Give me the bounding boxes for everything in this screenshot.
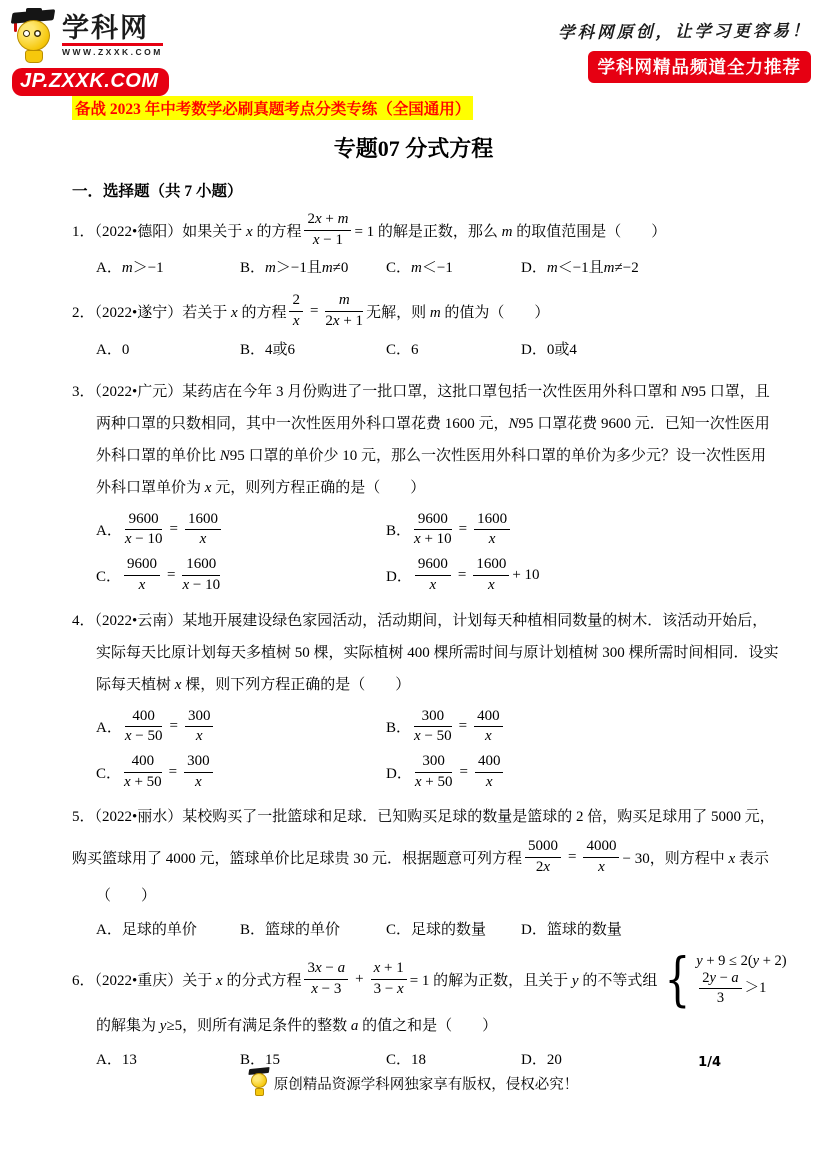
fraction-numerator: m	[325, 292, 363, 312]
question-4-line-1: 4．（2022•云南）某地开展建设绿色家园活动，活动期间，计划每天种植相同数量的…	[72, 605, 815, 637]
fraction: 3x − ax − 3	[304, 960, 348, 998]
section-heading: 一．选择题（共 7 小题）	[72, 179, 827, 201]
option-b: B．4或6	[240, 334, 386, 366]
equals-sign: =	[459, 521, 467, 538]
equals-sign: =	[169, 718, 177, 735]
system-brace: {	[665, 955, 691, 1004]
fraction-denominator: x − 10	[125, 530, 163, 549]
fraction-denominator: 3 − x	[371, 980, 407, 999]
fraction-numerator: 400	[125, 708, 163, 728]
option-c-text: 足球的数量	[411, 922, 486, 938]
fraction-numerator: 4000	[583, 838, 619, 858]
fraction-numerator: 300	[415, 753, 453, 773]
option-d: D． 300x + 50 = 400x	[386, 753, 676, 791]
fraction-denominator: 3	[699, 989, 741, 1007]
fraction-denominator: x	[185, 727, 214, 746]
option-b-text: 4或6	[265, 342, 295, 358]
fraction-numerator: 300	[414, 708, 452, 728]
plus-sign: +	[355, 971, 363, 988]
fraction: 9600x − 10	[125, 511, 163, 549]
question-4: 4．（2022•云南）某地开展建设绿色家园活动，活动期间，计划每天种植相同数量的…	[72, 605, 815, 792]
option-d-label: D．	[521, 922, 547, 938]
fraction-numerator: 1600	[473, 556, 509, 576]
option-c-label: C．	[96, 565, 121, 586]
fraction-numerator: 400	[475, 753, 504, 773]
fraction-numerator: 400	[474, 708, 503, 728]
option-a-label: A．	[96, 342, 122, 358]
question-2-text-post: 无解，则 m 的值为（ ）	[366, 301, 549, 322]
slogan-text: 学科网原创，让学习更容易！	[557, 17, 811, 43]
logo-top: 学科网 WWW.ZXXK.COM	[12, 8, 169, 64]
equals-sign: =	[459, 718, 467, 735]
equals-sign: =	[169, 764, 177, 781]
fraction-denominator: x − 1	[304, 231, 351, 250]
fraction-numerator: 2	[289, 292, 303, 312]
question-1-text-post: = 1 的解是正数，那么 m 的取值范围是（ ）	[354, 220, 666, 241]
fraction: 300x + 50	[415, 753, 453, 791]
option-c: C．m＜−1	[386, 252, 521, 284]
question-4-options-row-2: C． 400x + 50 = 300x D． 300x + 50 = 400x	[96, 753, 815, 791]
option-d-label: D．	[386, 565, 412, 586]
fraction: 300x	[184, 753, 213, 791]
fraction-numerator: 2y − a	[699, 970, 741, 989]
option-d-text: 篮球的数量	[547, 922, 622, 938]
fraction-denominator: x − 3	[304, 980, 348, 999]
question-5-text-post: − 30，则方程中 x 表示	[622, 847, 768, 868]
option-d-tail: + 10	[512, 567, 539, 584]
mascot-body	[255, 1088, 264, 1096]
promo-banner: 学科网精品频道全力推荐	[588, 51, 812, 83]
fraction-denominator: x	[475, 773, 504, 792]
option-c-text: m＜−1	[411, 260, 453, 276]
option-c: C． 9600x = 1600x − 10	[96, 556, 386, 594]
question-3-line-3: 外科口罩的单价比 N95 口罩的单价少 10 元，那么一次性医用外科口罩的单价为…	[96, 440, 815, 472]
question-6-line-2: 的解集为 y≥5，则所有满足条件的整数 a 的值之和是（ ）	[96, 1010, 815, 1042]
option-d-label: D．	[521, 260, 547, 276]
question-2-statement: 2．（2022•遂宁）若关于 x 的方程 2x = m2x + 1 无解，则 m…	[72, 292, 815, 330]
equals-sign: =	[568, 849, 576, 866]
fraction-numerator: 1600	[474, 511, 510, 531]
inequality-2: 2y − a3 ＞1	[696, 970, 766, 1007]
question-1-options: A．m＞−1 B．m＞−1且m≠0 C．m＜−1 D．m＜−1且m≠−2	[96, 252, 815, 284]
question-6-text-mid: = 1 的解为正数，且关于 y 的不等式组	[410, 969, 658, 990]
option-b: B．篮球的单价	[240, 914, 386, 946]
fraction: 400x − 50	[125, 708, 163, 746]
option-d-text: m＜−1且m≠−2	[547, 260, 639, 276]
document-page: 学科网 WWW.ZXXK.COM JP.ZXXK.COM 学科网原创，让学习更容…	[0, 0, 827, 1169]
mascot-body	[25, 50, 43, 63]
fraction: x + 13 − x	[371, 960, 407, 998]
page-header: 学科网 WWW.ZXXK.COM JP.ZXXK.COM 学科网原创，让学习更容…	[0, 0, 827, 90]
option-c-label: C．	[386, 922, 411, 938]
option-c: C．足球的数量	[386, 914, 521, 946]
inequality-1: y + 9 ≤ 2(y + 2)	[696, 952, 786, 970]
question-5-text: 购买篮球用了 4000 元，篮球单价比足球贵 30 元．根据题意可列方程	[72, 847, 522, 868]
fraction-denominator: x	[184, 773, 213, 792]
option-b: B．m＞−1且m≠0	[240, 252, 386, 284]
fraction: 300x − 50	[414, 708, 452, 746]
logo-brand: 学科网	[62, 14, 163, 42]
fraction-numerator: 9600	[414, 511, 452, 531]
option-a-text: 0	[122, 342, 130, 358]
fraction-denominator: x − 50	[414, 727, 452, 746]
fraction: m2x + 1	[325, 292, 363, 330]
option-a: A．0	[96, 334, 240, 366]
question-1-text: 1．（2022•德阳）如果关于 x 的方程	[72, 220, 301, 241]
option-a: A．m＞−1	[96, 252, 240, 284]
mascot-face	[251, 1073, 267, 1088]
fraction: 9600x + 10	[414, 511, 452, 549]
fraction-denominator: x	[415, 576, 451, 595]
fraction-numerator: 3x − a	[304, 960, 348, 980]
option-b: B． 300x − 50 = 400x	[386, 708, 676, 746]
option-d: D．篮球的数量	[521, 914, 622, 946]
fraction-denominator: 2x	[525, 858, 561, 877]
footer-mascot-icon	[249, 1066, 271, 1100]
question-1-statement: 1．（2022•德阳）如果关于 x 的方程 2x + mx − 1 = 1 的解…	[72, 211, 815, 249]
option-a-label: A．	[96, 519, 122, 540]
logo-text: 学科网 WWW.ZXXK.COM	[62, 8, 163, 57]
question-5: 5．（2022•丽水）某校购买了一批篮球和足球．已知购买足球的数量是篮球的 2 …	[72, 801, 815, 945]
option-a-label: A．	[96, 260, 122, 276]
fraction-numerator: 9600	[125, 511, 163, 531]
logo: 学科网 WWW.ZXXK.COM JP.ZXXK.COM	[12, 8, 169, 96]
option-d-text: 0或4	[547, 342, 577, 358]
fraction-denominator: x + 10	[414, 530, 452, 549]
fraction-numerator: 300	[185, 708, 214, 728]
option-a: A．足球的单价	[96, 914, 240, 946]
fraction: 400x	[475, 753, 504, 791]
option-a: A． 9600x − 10 = 1600x	[96, 511, 386, 549]
fraction-denominator: 2x + 1	[325, 312, 363, 331]
fraction-denominator: x	[473, 576, 509, 595]
question-6-text: 6．（2022•重庆）关于 x 的分式方程	[72, 969, 301, 990]
fraction-numerator: 5000	[525, 838, 561, 858]
fraction: 2x	[289, 292, 303, 330]
logo-site-url: WWW.ZXXK.COM	[62, 43, 163, 57]
question-3-line-2: 两种口罩的只数相同，其中一次性医用外科口罩花费 1600 元，N95 口罩花费 …	[96, 408, 815, 440]
fraction: 1600x	[473, 556, 509, 594]
inequality-2-compare: ＞1	[745, 979, 767, 997]
question-5-line-3: （ ）	[96, 880, 815, 912]
question-6-statement: 6．（2022•重庆）关于 x 的分式方程 3x − ax − 3 + x + …	[72, 952, 815, 1007]
option-c-label: C．	[386, 342, 411, 358]
fraction: 50002x	[525, 838, 561, 876]
option-b-label: B．	[240, 342, 265, 358]
question-5-line-1: 5．（2022•丽水）某校购买了一批篮球和足球．已知购买足球的数量是篮球的 2 …	[72, 801, 815, 833]
option-a-text: m＞−1	[122, 260, 164, 276]
option-d: D．m＜−1且m≠−2	[521, 252, 639, 284]
fraction-numerator: 300	[184, 753, 213, 773]
option-c-label: C．	[96, 762, 121, 783]
mascot-face	[17, 20, 50, 51]
fraction: 2x + mx − 1	[304, 211, 351, 249]
fraction: 1600x − 10	[182, 556, 220, 594]
fraction-denominator: x	[124, 576, 160, 595]
option-c: C． 400x + 50 = 300x	[96, 753, 386, 791]
question-5-options: A．足球的单价 B．篮球的单价 C．足球的数量 D．篮球的数量	[96, 914, 815, 946]
option-c: C．6	[386, 334, 521, 366]
mascot-icon	[12, 8, 58, 64]
option-b-label: B．	[240, 922, 265, 938]
fraction: 1600x	[474, 511, 510, 549]
option-b-text: 篮球的单价	[265, 922, 340, 938]
fraction-numerator: 2x + m	[304, 211, 351, 231]
equals-sign: =	[169, 521, 177, 538]
glasses-icon	[23, 30, 30, 37]
footer: 原创精品资源学科网独家享有版权，侵权必究！	[0, 1066, 827, 1100]
fraction: 400x	[474, 708, 503, 746]
question-3-options-row-1: A． 9600x − 10 = 1600x B． 9600x + 10 = 16…	[96, 511, 815, 549]
fraction: 9600x	[124, 556, 160, 594]
fraction-denominator: x + 50	[124, 773, 162, 792]
question-2: 2．（2022•遂宁）若关于 x 的方程 2x = m2x + 1 无解，则 m…	[72, 292, 815, 365]
fraction-numerator: 1600	[182, 556, 220, 576]
footer-copyright: 原创精品资源学科网独家享有版权，侵权必究！	[274, 1073, 579, 1094]
option-d-label: D．	[386, 762, 412, 783]
logo-badge: JP.ZXXK.COM	[12, 68, 169, 96]
inequality-system: y + 9 ≤ 2(y + 2) 2y − a3 ＞1	[696, 952, 786, 1007]
fraction-denominator: x + 50	[415, 773, 453, 792]
equals-sign: =	[458, 567, 466, 584]
fraction-denominator: x	[289, 312, 303, 331]
fraction-denominator: x − 10	[182, 576, 220, 595]
option-b-text: m＞−1且m≠0	[265, 260, 348, 276]
option-b-label: B．	[386, 519, 411, 540]
fraction: 300x	[185, 708, 214, 746]
fraction-denominator: x	[185, 530, 221, 549]
question-4-options-row-1: A． 400x − 50 = 300x B． 300x − 50 = 400x	[96, 708, 815, 746]
option-d: D．0或4	[521, 334, 577, 366]
option-d-label: D．	[521, 342, 547, 358]
question-2-options: A．0 B．4或6 C．6 D．0或4	[96, 334, 815, 366]
option-a-text: 足球的单价	[122, 922, 197, 938]
equals-sign: =	[459, 764, 467, 781]
question-1: 1．（2022•德阳）如果关于 x 的方程 2x + mx − 1 = 1 的解…	[72, 211, 815, 284]
option-b-label: B．	[240, 260, 265, 276]
equals-sign: =	[310, 303, 318, 320]
question-3-options-row-2: C． 9600x = 1600x − 10 D． 9600x = 1600x +…	[96, 556, 815, 594]
option-c-label: C．	[386, 260, 411, 276]
option-a: A． 400x − 50 = 300x	[96, 708, 386, 746]
fraction: 1600x	[185, 511, 221, 549]
page-title: 专题07 分式方程	[0, 132, 827, 163]
fraction-denominator: x − 50	[125, 727, 163, 746]
question-4-line-3: 际每天植树 x 棵，则下列方程正确的是（ ）	[96, 669, 815, 701]
fraction-numerator: 9600	[124, 556, 160, 576]
fraction-numerator: 400	[124, 753, 162, 773]
option-c-text: 6	[411, 342, 419, 358]
question-3: 3．（2022•广元）某药店在今年 3 月份购进了一批口罩，这批口罩包括一次性医…	[72, 376, 815, 595]
option-d: D． 9600x = 1600x + 10	[386, 556, 676, 594]
fraction: 9600x	[415, 556, 451, 594]
question-4-line-2: 实际每天比原计划每天多植树 50 棵，实际植树 400 棵所需时间与原计划植树 …	[96, 637, 815, 669]
fraction-numerator: x + 1	[371, 960, 407, 980]
prep-banner-row: 备战 2023 年中考数学必刷真题考点分类专练（全国通用）	[72, 96, 827, 120]
question-5-line-2: 购买篮球用了 4000 元，篮球单价比足球贵 30 元．根据题意可列方程 500…	[72, 838, 815, 876]
fraction-denominator: x	[583, 858, 619, 877]
fraction-numerator: 9600	[415, 556, 451, 576]
fraction-denominator: x	[474, 530, 510, 549]
fraction-denominator: x	[474, 727, 503, 746]
question-3-line-4: 外科口罩单价为 x 元，则列方程正确的是（ ）	[96, 472, 815, 504]
question-3-line-1: 3．（2022•广元）某药店在今年 3 月份购进了一批口罩，这批口罩包括一次性医…	[72, 376, 815, 408]
fraction: 4000x	[583, 838, 619, 876]
graduation-cap-top	[26, 8, 42, 15]
prep-banner: 备战 2023 年中考数学必刷真题考点分类专练（全国通用）	[72, 96, 473, 120]
option-b: B． 9600x + 10 = 1600x	[386, 511, 676, 549]
option-a-label: A．	[96, 716, 122, 737]
option-b-label: B．	[386, 716, 411, 737]
equals-sign: =	[167, 567, 175, 584]
question-2-text: 2．（2022•遂宁）若关于 x 的方程	[72, 301, 286, 322]
option-a-label: A．	[96, 922, 122, 938]
fraction: 2y − a3	[699, 970, 741, 1007]
fraction-numerator: 1600	[185, 511, 221, 531]
header-right: 学科网原创，让学习更容易！ 学科网精品频道全力推荐	[558, 8, 812, 83]
fraction: 400x + 50	[124, 753, 162, 791]
